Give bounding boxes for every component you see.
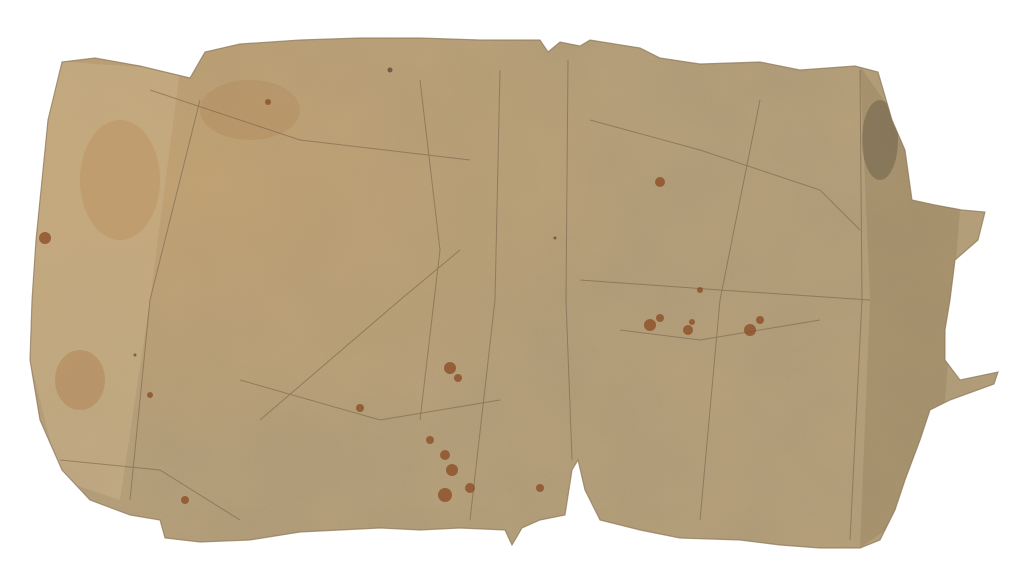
paper-sheet <box>0 0 1024 576</box>
parchment-photo <box>0 0 1024 576</box>
photo-scene <box>0 0 1024 576</box>
